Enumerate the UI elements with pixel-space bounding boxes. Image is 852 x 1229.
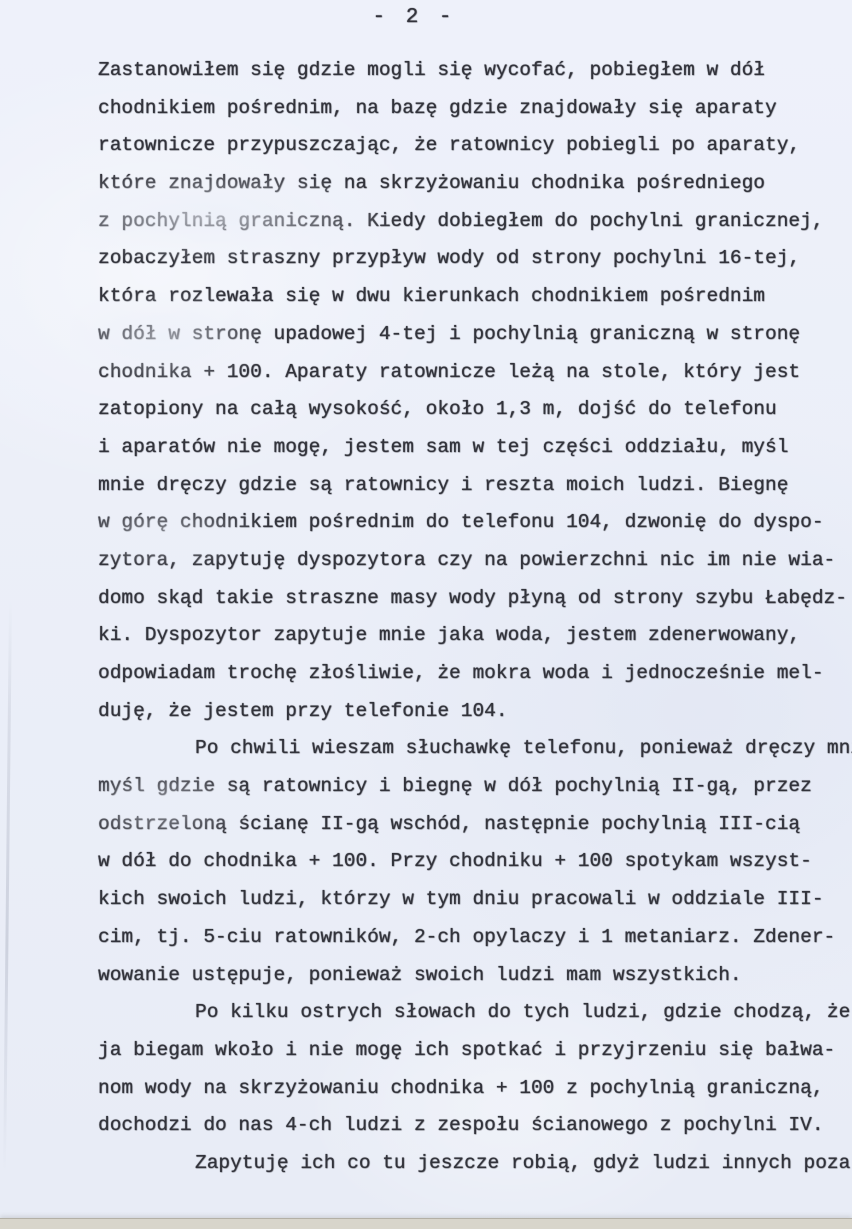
text-line: kich swoich ludzi, którzy w tym dniu pra… [98, 881, 852, 919]
text-line: Zapytuję ich co tu jeszcze robią, gdyż l… [98, 1145, 852, 1183]
paragraph: Zapytuję ich co tu jeszcze robią, gdyż l… [98, 1145, 852, 1183]
text-line: Po kilku ostrych słowach do tych ludzi, … [98, 994, 852, 1032]
text-line: zatopiony na całą wysokość, około 1,3 m,… [98, 391, 852, 429]
text-line: w dół do chodnika + 100. Przy chodniku +… [98, 843, 852, 881]
text-line: i aparatów nie mogę, jestem sam w tej cz… [98, 429, 852, 467]
text-line: chodnika + 100. Aparaty ratownicze leżą … [98, 354, 852, 392]
text-line: zobaczyłem straszny przypływ wody od str… [98, 240, 852, 278]
text-line: dochodzi do nas 4-ch ludzi z zespołu ści… [98, 1107, 852, 1145]
text-line: zytora, zapytuję dyspozytora czy na powi… [98, 542, 852, 580]
text-line: w górę chodnikiem pośrednim do telefonu … [98, 504, 852, 542]
text-line: ki. Dyspozytor zapytuje mnie jaka woda, … [98, 617, 852, 655]
text-line: ratownicze przypuszczając, że ratownicy … [98, 127, 852, 165]
text-line: które znajdowały się na skrzyżowaniu cho… [98, 165, 852, 203]
page-bottom-edge [0, 1218, 852, 1229]
document-page: - 2 - Zastanowiłem się gdzie mogli się w… [0, 0, 852, 1229]
text-line: w dół w stronę upadowej 4-tej i pochylni… [98, 316, 852, 354]
text-line: nom wody na skrzyżowaniu chodnika + 100 … [98, 1070, 852, 1108]
page-number: - 2 - [0, 6, 828, 29]
text-line: domo skąd takie straszne masy wody płyną… [98, 580, 852, 618]
text-line: ja biegam wkoło i nie mogę ich spotkać i… [98, 1032, 852, 1070]
text-line: Zastanowiłem się gdzie mogli się wycofać… [98, 52, 852, 90]
text-line: która rozlewała się w dwu kierunkach cho… [98, 278, 852, 316]
text-line: myśl gdzie są ratownicy i biegnę w dół p… [98, 768, 852, 806]
text-line: z pochylnią graniczną. Kiedy dobiegłem d… [98, 203, 852, 241]
paragraph: Po chwili wieszam słuchawkę telefonu, po… [98, 730, 852, 994]
text-line: mnie dręczy gdzie są ratownicy i reszta … [98, 467, 852, 505]
text-line: wowanie ustępuje, ponieważ swoich ludzi … [98, 957, 852, 995]
text-line: duję, że jestem przy telefonie 104. [98, 693, 852, 731]
text-line: chodnikiem pośrednim, na bazę gdzie znaj… [98, 90, 852, 128]
paragraph: Po kilku ostrych słowach do tych ludzi, … [98, 994, 852, 1145]
text-line: odstrzeloną ścianę II-gą wschód, następn… [98, 806, 852, 844]
text-line: Po chwili wieszam słuchawkę telefonu, po… [98, 730, 852, 768]
text-block: Zastanowiłem się gdzie mogli się wycofać… [98, 52, 852, 1183]
text-line: odpowiadam trochę złośliwie, że mokra wo… [98, 655, 852, 693]
paper-crease [3, 600, 12, 1175]
text-line: cim, tj. 5-ciu ratowników, 2-ch opylaczy… [98, 919, 852, 957]
paragraph: Zastanowiłem się gdzie mogli się wycofać… [98, 52, 852, 730]
